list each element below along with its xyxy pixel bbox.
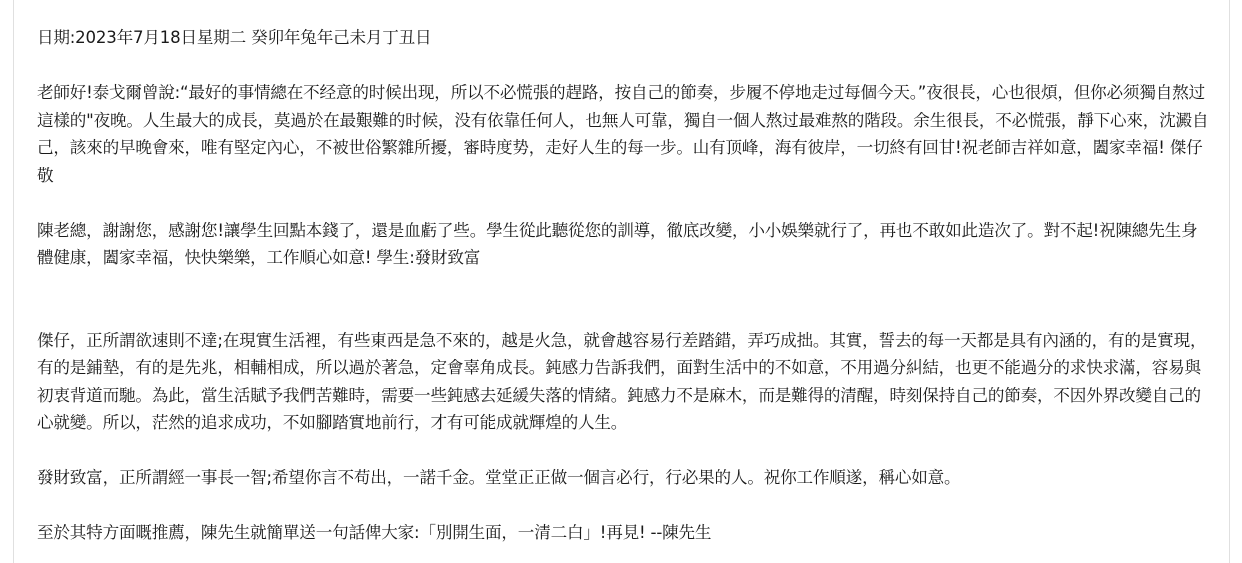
right-border bbox=[1229, 0, 1230, 563]
spacer bbox=[37, 52, 1213, 80]
document-body: 日期:2023年7月18日星期二 癸卯年兔年己未月丁丑日 老師好!泰戈爾曾說:“… bbox=[37, 24, 1213, 547]
date-line: 日期:2023年7月18日星期二 癸卯年兔年己未月丁丑日 bbox=[37, 24, 1213, 52]
paragraph-reply-facaizhifu: 發財致富，正所謂經一事長一智;希望你言不苟出，一諾千金。堂堂正正做一個言必行，行… bbox=[37, 464, 1213, 492]
paragraph-teacher-greeting: 老師好!泰戈爾曾說:“最好的事情總在不经意的时候出现，所以不必慌張的趕路，按自己… bbox=[37, 79, 1213, 189]
paragraph-reply-jiezai: 傑仔，正所謂欲速則不達;在現實生活裡，有些東西是急不來的，越是火急，就會越容易行… bbox=[37, 327, 1213, 437]
paragraph-closing: 至於其特方面嘅推薦，陳先生就簡單送一句話俾大家:「別開生面，一清二白」!再見! … bbox=[37, 519, 1213, 547]
spacer bbox=[37, 189, 1213, 217]
spacer bbox=[37, 437, 1213, 465]
spacer bbox=[37, 272, 1213, 327]
left-border bbox=[13, 0, 14, 563]
spacer bbox=[37, 492, 1213, 520]
paragraph-student-thanks: 陳老總，謝謝您，感謝您!讓學生回點本錢了，還是血虧了些。學生從此聽從您的訓導，徹… bbox=[37, 217, 1213, 272]
